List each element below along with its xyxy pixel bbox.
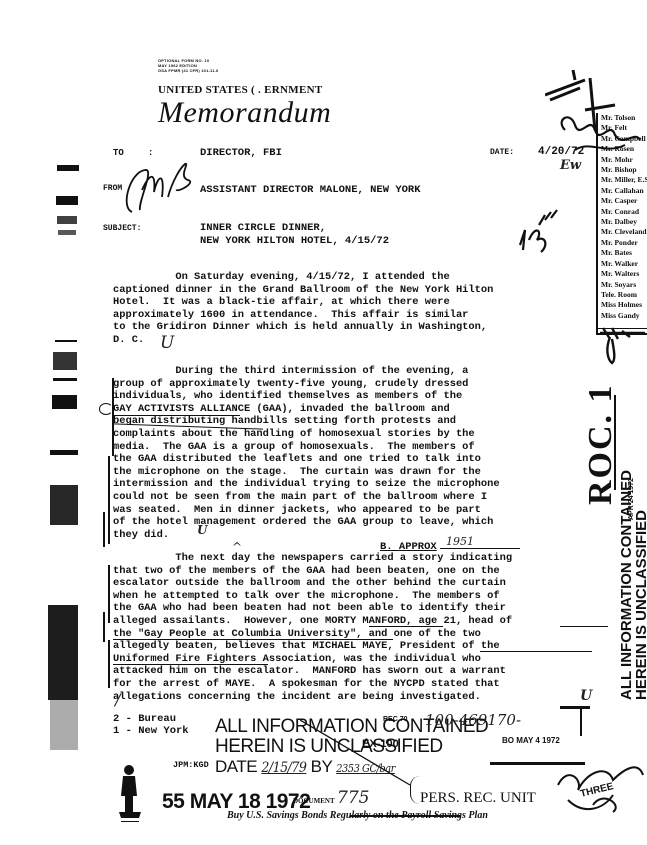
routing-name: Mr. Cleveland — [601, 227, 647, 237]
vertical-rule — [614, 395, 616, 490]
declass-date-label: DATE — [215, 757, 257, 776]
diagonal-strike-icon — [300, 720, 420, 790]
typist-initials: JPM:KGD — [173, 760, 209, 770]
routing-name: Mr. Walters — [601, 269, 647, 279]
routing-name: Mr. Callahan — [601, 186, 647, 196]
stamp-rule — [560, 706, 590, 709]
routing-name: Mr. Conrad — [601, 207, 647, 217]
subject-label: SUBJECT: — [103, 224, 141, 233]
routing-name: Miss Holmes — [601, 300, 647, 310]
received-prefix: BO — [502, 736, 514, 745]
margin-bracket — [103, 612, 105, 642]
routing-name: Tele. Room — [601, 290, 647, 300]
stamp-rule — [580, 706, 582, 736]
handwritten-routing-mark-icon — [600, 325, 647, 365]
paragraph-2: During the third intermission of the eve… — [113, 365, 593, 541]
vertical-declass-line-2: HEREIN IS UNCLASSIFIED — [634, 470, 647, 700]
form-number-line: GSA FPMR (41 CFR) 101-11.6 — [158, 68, 218, 73]
to-separator: : — [148, 148, 153, 158]
underline-president — [480, 651, 592, 652]
to-label: TO — [113, 148, 124, 158]
underline-columbia — [113, 639, 393, 640]
routing-name: Mr. Dalbey — [601, 217, 647, 227]
subject-line-2: NEW YORK HILTON HOTEL, 4/15/72 — [200, 235, 389, 247]
received-stamp: BO MAY 4 1972 — [502, 736, 560, 745]
distribution-line: 1 - New York — [113, 725, 189, 737]
b-approx-line — [440, 548, 520, 549]
pers-rec-border — [410, 776, 541, 804]
paragraph-1: On Saturday evening, 4/15/72, I attended… — [113, 271, 593, 347]
received-date: MAY 4 1972 — [516, 736, 560, 745]
minuteman-logo-icon — [115, 762, 145, 822]
underline-gaa — [114, 415, 240, 416]
routing-name: Mr. Soyars — [601, 280, 647, 290]
margin-bracket — [108, 565, 110, 623]
routing-name: Mr. Walker — [601, 259, 647, 269]
document-number: 775 — [337, 788, 369, 808]
file-number: 100-469170- — [425, 711, 521, 729]
b-approx-year: 1951 — [446, 535, 474, 548]
underline-manford — [369, 626, 443, 627]
underline-head-of — [560, 626, 608, 627]
date-label: DATE: — [490, 148, 514, 157]
routing-name: Miss Gandy — [601, 311, 647, 321]
paragraph-3: The next day the newspapers carried a st… — [113, 552, 593, 703]
from-signature-icon — [110, 162, 200, 222]
underline-uffa — [113, 664, 268, 665]
distribution-list: 2 - Bureau 1 - New York — [113, 713, 189, 737]
margin-bracket — [112, 378, 114, 456]
memorandum-title: Memorandum — [158, 96, 331, 130]
director-signature-icon — [545, 60, 647, 180]
vertical-declass-stamp: ALL INFORMATION CONTAINED HEREIN IS UNCL… — [619, 470, 647, 700]
agency-heading: UNITED STATES ( . ERNMENT — [158, 84, 322, 96]
form-number: OPTIONAL FORM NO. 10 MAY 1962 EDITION GS… — [158, 58, 218, 73]
distribution-mark: / — [115, 690, 120, 709]
handwritten-u-mark-3: U — [580, 688, 592, 704]
margin-circle-mark — [99, 403, 113, 415]
document-label: DOCUMENT — [293, 797, 335, 805]
distribution-line: 2 - Bureau — [113, 713, 189, 725]
handwritten-u-mark: U — [160, 333, 174, 353]
to-value: DIRECTOR, FBI — [200, 147, 282, 159]
subject-line-1: INNER CIRCLE DINNER, — [200, 222, 326, 234]
handwritten-u-mark-2: U — [197, 523, 207, 537]
routing-name: Mr. Casper — [601, 196, 647, 206]
slogan-strike — [350, 815, 460, 817]
margin-bracket — [103, 512, 105, 547]
vertical-declass-line-1: ALL INFORMATION CONTAINED — [619, 470, 634, 700]
routing-name: Mr. Bates — [601, 248, 647, 258]
routing-name: Mr. Ponder — [601, 238, 647, 248]
from-value: ASSISTANT DIRECTOR MALONE, NEW YORK — [200, 184, 421, 196]
margin-bracket — [108, 456, 110, 544]
margin-bracket — [108, 640, 110, 688]
handwritten-initials-icon — [515, 200, 565, 260]
